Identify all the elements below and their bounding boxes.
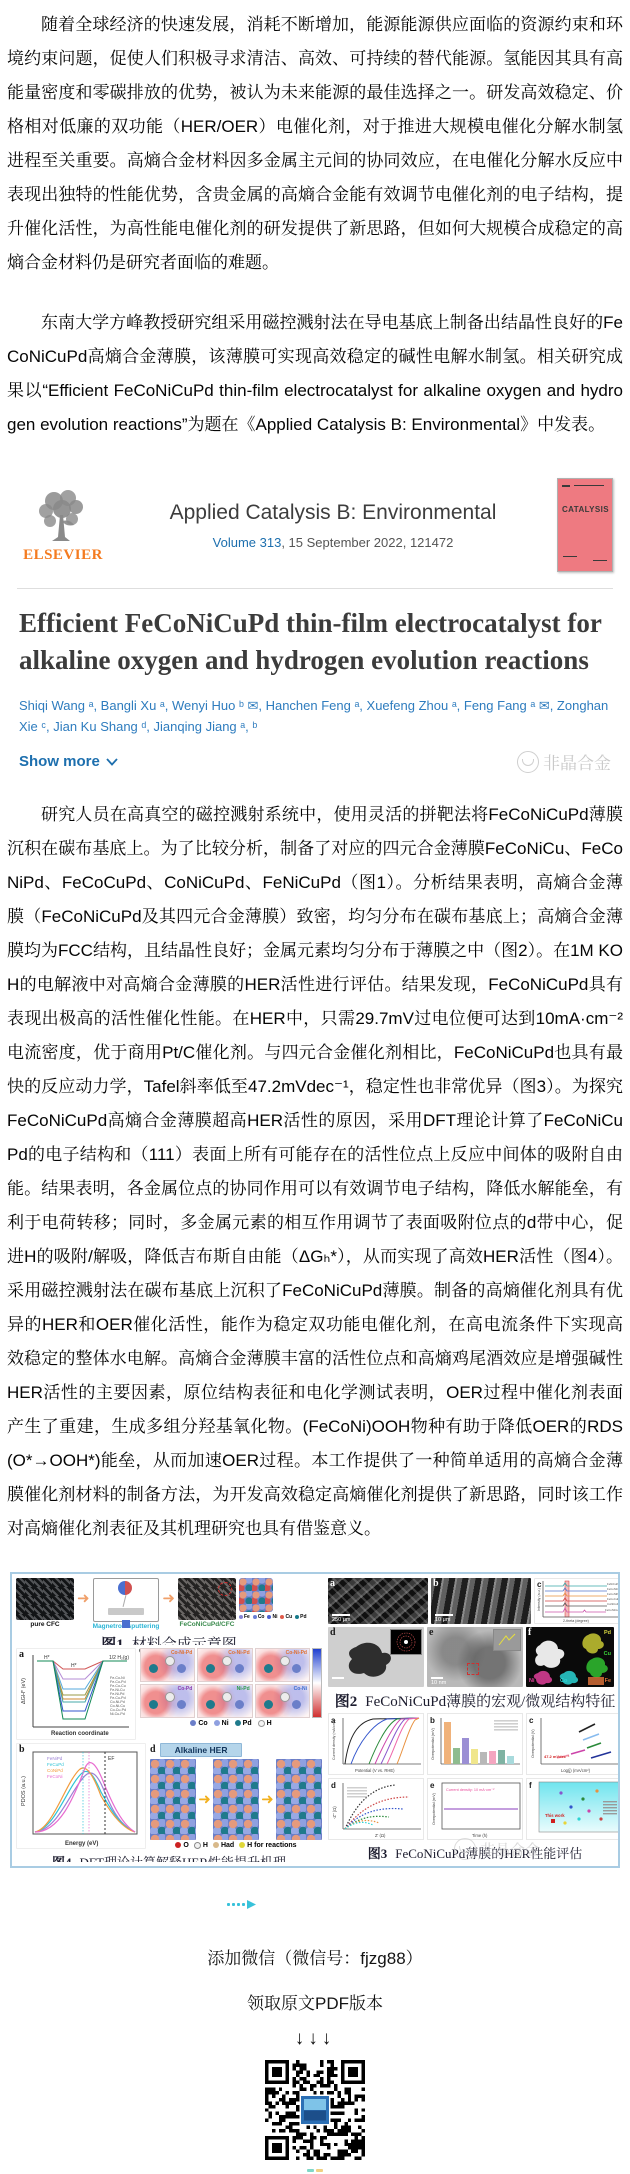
issue-info: , 15 September 2022, 121472 [281,535,453,550]
hrtem-inset [493,1629,521,1651]
svg-text:CoNiPd: CoNiPd [47,1768,63,1773]
bottom-partial-element [307,2169,323,2174]
fig1-arrow-icon: ➜ [77,1578,90,1620]
fig2-panel-b-sem: b 10 μm [431,1578,531,1624]
svg-text:H*: H* [71,1663,77,1669]
volume-link[interactable]: Volume 313 [213,535,282,550]
figure-collage: pure CFC ➜ Magnetron sputtering ➜ FeCoNi… [10,1572,620,1868]
fig2-panel-f-eds-maps: f Pd Cu Ni Co Fe [526,1627,614,1687]
svg-text:FeCoCuPd: FeCoCuPd [607,1597,620,1601]
journal-cover-thumbnail: CATALYSIS [557,478,613,572]
fig1-sputtering-chamber [93,1578,159,1622]
svg-text:H*: H* [44,1655,50,1661]
fig3-panel-c-tafel: c 47.2 mVdec⁻¹ Log(j) (mA/cm²) Overpoten… [526,1713,620,1775]
fig3-panel-a-lsv: a Potential (V vs. RHE) Current [328,1713,424,1775]
charge-map-cell: Co-Ni [255,1684,310,1718]
charge-map-cell: Co-Pd [140,1684,195,1718]
elsevier-logo: ELSEVIER [17,487,109,564]
svg-text:Intensity (a.u.): Intensity (a.u.) [537,1588,541,1611]
article-page: 随着全球经济的快速发展，消耗不断增加，能源能源供应面临的资源约束和环境约束问题，… [0,0,630,2174]
fig1-step1-label: pure CFC [16,1621,74,1628]
fig1-target-icon [118,1581,132,1595]
svg-text:e: e [430,1781,435,1790]
fig4-caption: 图4DFT理论计算解释HER性能提升机理 [16,1852,322,1862]
svg-text:CoNiCuPd: CoNiCuPd [607,1602,620,1606]
yellow-arrow-icon: ➜ [261,1790,274,1808]
fig3-panel-f-comparison: f This work [526,1778,620,1840]
svg-text:Overpotential (mV): Overpotential (mV) [431,1728,435,1761]
journal-divider [17,588,613,589]
svg-text:-Z'' (Ω): -Z'' (Ω) [332,1806,337,1819]
watermark-text: 非晶合金 [480,1839,540,1860]
svg-text:47.2 mVdec⁻¹: 47.2 mVdec⁻¹ [544,1754,570,1759]
qr-code [265,2060,365,2165]
fig2-panel-e-hrtem: e 10 nm [427,1627,523,1687]
paper-title: Efficient FeCoNiCuPd thin-film electroca… [19,605,611,679]
fig4-d-legend: O H Had H for reactions [150,1842,322,1849]
chevron-down-icon [106,758,118,766]
svg-text:Potential (V vs. RHE): Potential (V vs. RHE) [355,1768,395,1773]
svg-text:FeCoNiPd: FeCoNiPd [607,1592,620,1596]
charge-map-cell: Co-Ni-Pd [140,1648,195,1682]
fig1-step3-label: FeCoNiCuPd/CFC [178,1621,236,1628]
elsevier-wordmark: ELSEVIER [17,547,109,564]
svg-text:FeCoNiCuPd: FeCoNiCuPd [605,1608,620,1612]
fig1-coated-cfc-image [178,1578,236,1620]
svg-text:Z' (Ω): Z' (Ω) [375,1833,386,1838]
show-more-button[interactable]: Show more [19,753,118,770]
alkaline-her-header: Alkaline HER [160,1743,243,1757]
svg-text:1/2 H₂(g): 1/2 H₂(g) [109,1655,129,1661]
show-more-label: Show more [19,753,100,770]
svg-text:EF: EF [108,1756,114,1762]
svg-text:d: d [331,1781,336,1790]
down-arrows: ↓↓↓ [0,2028,630,2050]
watermark-logo-icon [454,1838,476,1860]
fig3-panel-d-eis: d Z' (Ω) -Z'' (Ω) [328,1778,424,1840]
svg-text:FeCoNiCu: FeCoNiCu [607,1587,620,1591]
fig1-pure-cfc-image [16,1578,74,1620]
fig1-arrow-icon: ➜ [162,1578,175,1620]
fig3-panel-e-stability: e Current density: 10 mA·cm⁻² Time (h) O… [427,1778,523,1840]
watermark-logo-icon [517,751,539,773]
watermark-badge-figure: 非晶合金 [454,1838,540,1860]
paper-authors: Shiqi Wang ᵃ, Bangli Xu ᵃ, Wenyi Huo ᵇ ✉… [19,695,611,737]
svg-text:c: c [529,1716,534,1725]
fig2-panel-d-tem: d [328,1627,424,1687]
lattice-snapshot [276,1759,322,1840]
svg-text:Energy (eV): Energy (eV) [65,1841,98,1847]
pdf-claim-line: 领取原文PDF版本 [0,1989,630,2014]
svg-text:c: c [537,1580,542,1589]
fig4-panel-c-charge-density: c Co-Ni-Pd Co-Ni-Pd Co-Ni-Pd Co-Pd Ni-Pd… [140,1648,322,1740]
svg-text:FeCuPd: FeCuPd [47,1762,64,1767]
journal-cover-title: CATALYSIS [562,505,609,514]
svg-text:This work: This work [545,1813,565,1818]
svg-text:Overpotential (mV): Overpotential (mV) [432,1793,436,1826]
svg-text:Log(j) (mA/cm²): Log(j) (mA/cm²) [561,1768,591,1773]
charge-map-cell: Ni-Pd [197,1684,252,1718]
watermark-badge: 非晶合金 [517,749,611,774]
fig1-caption: 图1材料合成示意图 [16,1633,322,1645]
journal-header-card: ELSEVIER Applied Catalysis B: Environmen… [11,468,619,774]
svg-text:b: b [430,1716,435,1725]
fig2-panel-a-sem: a 250 μm [328,1578,428,1624]
svg-text:Current density: 10 mA·cm⁻²: Current density: 10 mA·cm⁻² [446,1788,495,1792]
wechat-contact-line: 添加微信（微信号：fjzg88） [0,1944,630,1969]
fig2-caption: 图2FeCoNiCuPd薄膜的宏观/微观结构特征 [328,1690,620,1710]
yellow-arrow-icon: ➜ [198,1790,211,1808]
lattice-snapshot [150,1759,196,1840]
svg-text:Overpotential (V): Overpotential (V) [531,1729,535,1758]
paragraph-results: 研究人员在高真空的磁控溅射系统中，使用灵活的拼靶法将FeCoNiCuPd薄膜沉积… [7,798,623,1546]
fig4-panel-d-mechanism: d Alkaline HER ➜ ➜ O H Had H for [150,1743,322,1849]
paragraph-publication: 东南大学方峰教授研究组采用磁控溅射法在导电基底上制备出结晶性良好的FeCoNiC… [7,306,623,442]
paragraph-intro: 随着全球经济的快速发展，消耗不断增加，能源能源供应面临的资源约束和环境约束问题，… [7,8,623,280]
watermark-text: 非晶合金 [543,749,611,774]
svg-text:2-theta (degree): 2-theta (degree) [563,1619,589,1623]
charge-map-cell: Co-Ni-Pd [255,1648,310,1682]
svg-text:PDOS (a.u.): PDOS (a.u.) [21,1775,27,1805]
fig1-synthesis-strip: pure CFC ➜ Magnetron sputtering ➜ FeCoNi… [16,1578,322,1630]
journal-volume-line: Volume 313, 15 September 2022, 121472 [115,535,551,550]
svg-text:f: f [529,1781,532,1790]
fig3-electrochem-grid: a Potential (V vs. RHE) Current [328,1713,620,1840]
svg-text:Current density (mA/cm²): Current density (mA/cm²) [332,1720,336,1760]
elsevier-tree-icon [32,487,94,545]
svg-text:ΔGH* (eV): ΔGH* (eV) [21,1677,27,1703]
saed-inset [390,1629,422,1655]
lattice-snapshot [213,1759,259,1840]
colorbar [312,1648,322,1718]
svg-text:FeNiCuPd: FeNiCuPd [607,1582,620,1586]
fig1-element-legend: Fe Co Ni Cu Pd [239,1614,307,1620]
svg-text:FeCoNi: FeCoNi [47,1774,63,1779]
svg-text:Reaction coordinate: Reaction coordinate [51,1731,109,1737]
fig2-panel-c-xrd: c FeNiCuPdFeCoNiCu FeCoNiPdFeC [534,1578,620,1624]
fig3-panel-b-overpotential-bars: b Overpotential (mV) [427,1713,523,1775]
fig4-c-legend: Co Ni Pd H [140,1720,322,1727]
svg-text:Ni-Cu-Pd: Ni-Cu-Pd [110,1712,125,1716]
cyan-dashes-arrow-icon [227,1896,630,1914]
journal-title: Applied Catalysis B: Environmental [115,501,551,525]
fig1-atom-cluster-image [239,1578,273,1612]
fig4-panel-b-pdos: b EF FeNiPd [16,1743,146,1849]
svg-text:FeNiPd: FeNiPd [47,1756,63,1761]
charge-map-cell: Co-Ni-Pd [197,1648,252,1682]
fig4-panel-a-free-energy: a H* [16,1648,136,1740]
